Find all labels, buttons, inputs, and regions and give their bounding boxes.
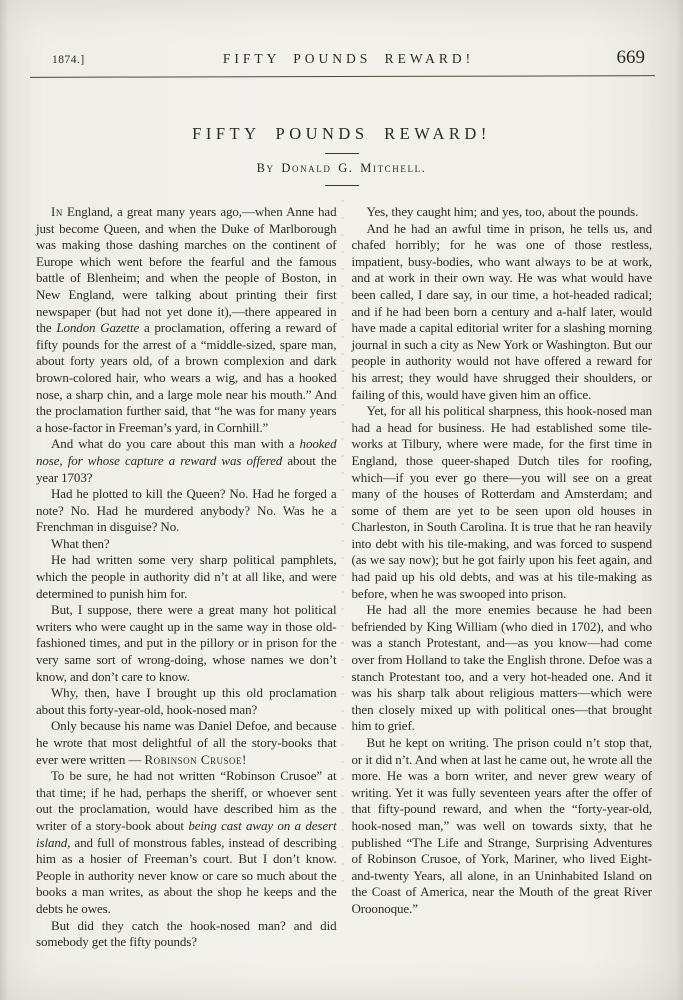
text-run: He had written some very sharp political…	[36, 552, 337, 600]
header-running-title: FIFTY POUNDS REWARD!	[142, 51, 555, 67]
scan-page: 1874.] FIFTY POUNDS REWARD! 669 FIFTY PO…	[0, 0, 683, 1000]
text-run: Why, then, have I brought up this old pr…	[36, 685, 337, 717]
scan-gutter-artifact	[341, 200, 344, 890]
text-run: Yes, they caught him; and yes, too, abou…	[367, 204, 639, 219]
text-run: Had he plotted to kill the Queen? No. Ha…	[36, 486, 337, 534]
paragraph: Yet, for all his political sharpness, th…	[352, 403, 653, 602]
text-run: And what do you care about this man with…	[51, 436, 300, 451]
paragraph: But, I suppose, there were a great many …	[36, 602, 337, 685]
text-run: Robinson Crusoe!	[144, 752, 246, 767]
paragraph: Only because his name was Daniel Defoe, …	[36, 718, 337, 768]
article-head: FIFTY POUNDS REWARD! By Donald G. Mitche…	[0, 124, 683, 186]
text-run: But he kept on writing. The prison could…	[352, 735, 653, 916]
paragraph: And what do you care about this man with…	[36, 436, 337, 486]
column-left: In England, a great many years ago,—when…	[36, 204, 337, 951]
paragraph: To be sure, he had not written “Robinson…	[36, 768, 337, 917]
column-right: Yes, they caught him; and yes, too, abou…	[352, 204, 653, 951]
paragraph: Had he plotted to kill the Queen? No. Ha…	[36, 486, 337, 536]
paragraph: He had written some very sharp political…	[36, 552, 337, 602]
article-byline: By Donald G. Mitchell.	[0, 161, 683, 176]
text-run: But, I suppose, there were a great many …	[36, 602, 337, 683]
byline-divider	[325, 185, 359, 186]
title-divider	[325, 153, 359, 154]
text-run: Yet, for all his political sharpness, th…	[352, 403, 653, 601]
text-run: England, a great many years ago,—when An…	[36, 204, 337, 335]
paragraph: And he had an awful time in prison, he t…	[352, 221, 653, 404]
text-run: But did they catch the hook-nosed man? a…	[36, 918, 337, 950]
header-page-number: 669	[555, 47, 645, 69]
text-run: In	[51, 204, 63, 219]
text-run: And he had an awful time in prison, he t…	[352, 221, 653, 402]
paragraph: But he kept on writing. The prison could…	[352, 735, 653, 918]
paragraph: In England, a great many years ago,—when…	[36, 204, 337, 436]
text-run: He had all the more enemies because he h…	[352, 602, 653, 733]
page-header: 1874.] FIFTY POUNDS REWARD! 669	[0, 0, 683, 69]
article-title: FIFTY POUNDS REWARD!	[0, 124, 683, 144]
header-rule	[30, 75, 655, 78]
text-run: a proclamation, offering a reward of fif…	[36, 320, 337, 435]
paragraph: Yes, they caught him; and yes, too, abou…	[352, 204, 653, 221]
paragraph: Why, then, have I brought up this old pr…	[36, 685, 337, 718]
paragraph: But did they catch the hook-nosed man? a…	[36, 918, 337, 951]
paragraph: What then?	[36, 536, 337, 553]
paragraph: He had all the more enemies because he h…	[352, 602, 653, 735]
header-year: 1874.]	[52, 54, 142, 66]
text-run: , and full of monstrous fables, instead …	[36, 835, 337, 916]
text-run: What then?	[51, 536, 110, 551]
text-run: London Gazette	[56, 320, 139, 335]
